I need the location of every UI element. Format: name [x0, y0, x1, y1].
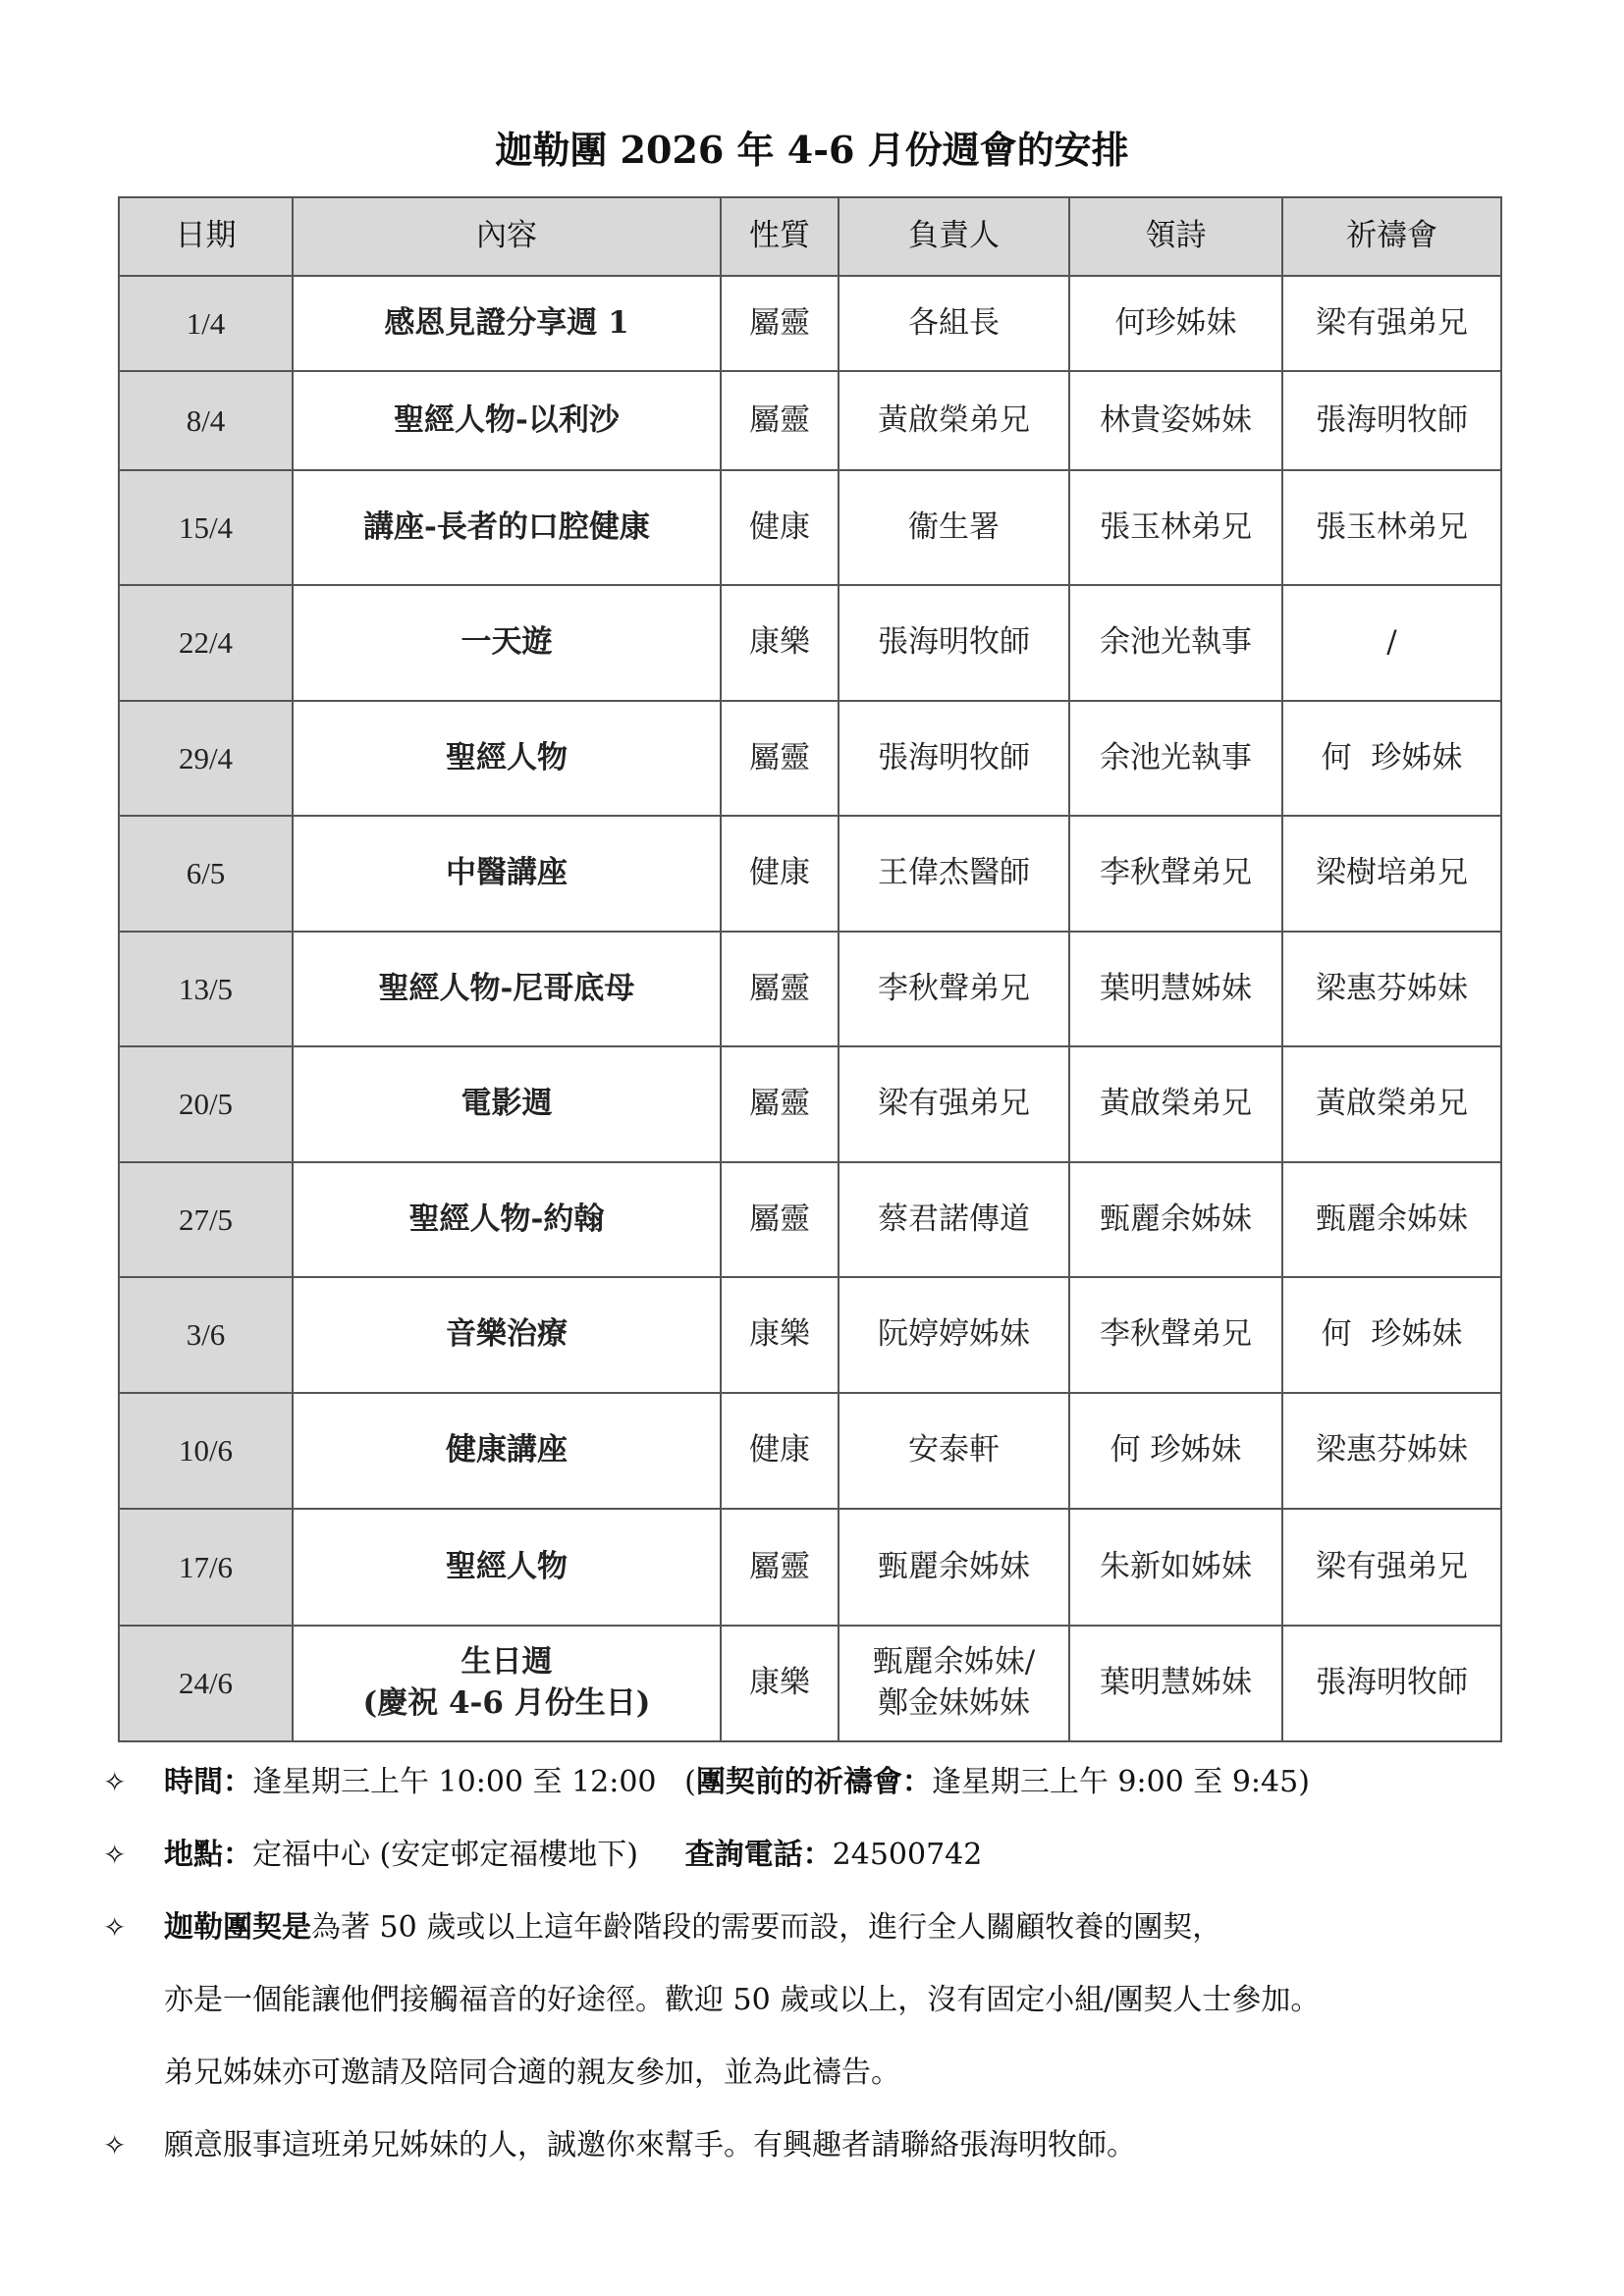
prayer-text: 梁有强弟兄	[1316, 1549, 1468, 1584]
prayer-cell: 張海明牧師	[1282, 1626, 1501, 1741]
content-text: 音樂治療	[446, 1316, 568, 1352]
leader-cell: 黃啟榮弟兄	[839, 371, 1069, 470]
content-text: 聖經人物	[446, 740, 568, 775]
header-date: 日期	[119, 197, 293, 276]
type-text: 屬靈	[749, 1086, 810, 1121]
date-text: 10/6	[179, 1433, 233, 1468]
content-text: 聖經人物-約翰	[409, 1201, 605, 1237]
worship-cell: 林貴姿姊妹	[1069, 371, 1282, 470]
table-header-row: 日期 內容 性質 負責人 領詩 祈禱會	[119, 197, 1501, 276]
volunteer-text: 願意服事這班弟兄姊妹的人，誠邀你來幫手。有興趣者請聯絡張海明牧師。	[164, 2128, 1136, 2163]
worship-text: 林貴姿姊妹	[1100, 402, 1252, 438]
leader-cell: 甄麗余姊妹/鄭金妹姊妹	[839, 1626, 1069, 1741]
leader-cell: 李秋聲弟兄	[839, 932, 1069, 1046]
table-row: 22/4一天遊康樂張海明牧師余池光執事/	[119, 585, 1501, 701]
date-cell: 13/5	[119, 932, 293, 1046]
type-text: 康樂	[749, 1665, 810, 1700]
type-cell: 屬靈	[721, 932, 839, 1046]
content-text: 聖經人物-以利沙	[394, 402, 620, 438]
date-cell: 29/4	[119, 701, 293, 816]
content-cell: 音樂治療	[293, 1277, 721, 1393]
content-cell: 聖經人物-約翰	[293, 1162, 721, 1277]
sparkle-bullet-icon: ✧	[103, 1839, 164, 1871]
content-text: 中醫講座	[446, 855, 568, 890]
worship-text: 何 珍姊妹	[1110, 1432, 1242, 1468]
table-row: 29/4聖經人物屬靈張海明牧師余池光執事何 珍姊妹	[119, 701, 1501, 816]
worship-cell: 黃啟榮弟兄	[1069, 1046, 1282, 1162]
note-time: ✧時間：逢星期三上午 10:00 至 12:00 (團契前的祈禱會：逢星期三上午…	[103, 1757, 1310, 1800]
content-text: 講座-長者的口腔健康	[363, 509, 650, 545]
type-text: 康樂	[749, 624, 810, 660]
prayer-text: /	[1386, 624, 1396, 660]
leader-text: 各組長	[908, 305, 1000, 341]
date-cell: 24/6	[119, 1626, 293, 1741]
date-text: 20/5	[179, 1087, 233, 1121]
worship-text: 余池光執事	[1100, 624, 1252, 660]
date-text: 13/5	[179, 972, 233, 1006]
date-cell: 6/5	[119, 816, 293, 932]
content-text: 聖經人物-尼哥底母	[379, 971, 635, 1006]
content-cell: 中醫講座	[293, 816, 721, 932]
date-text: 17/6	[179, 1550, 233, 1584]
leader-text: 李秋聲弟兄	[878, 971, 1030, 1006]
content-cell: 感恩見證分享週 1	[293, 276, 721, 371]
prayer-text: 梁惠芬姊妹	[1316, 971, 1468, 1006]
type-cell: 屬靈	[721, 1046, 839, 1162]
leader-cell: 各組長	[839, 276, 1069, 371]
table-row: 17/6聖經人物屬靈甄麗余姊妹朱新如姊妹梁有强弟兄	[119, 1509, 1501, 1626]
leader-text: 張海明牧師	[878, 740, 1030, 775]
type-text: 屬靈	[749, 1549, 810, 1584]
note-about: ✧迦勒團契是為著 50 歲或以上這年齡階段的需要而設，進行全人關顧牧養的團契，	[103, 1902, 1221, 1946]
date-cell: 17/6	[119, 1509, 293, 1626]
table-row: 27/5聖經人物-約翰屬靈蔡君諾傳道甄麗余姊妹甄麗余姊妹	[119, 1162, 1501, 1277]
sparkle-bullet-icon: ✧	[103, 2129, 164, 2162]
worship-cell: 李秋聲弟兄	[1069, 1277, 1282, 1393]
table-row: 20/5電影週屬靈梁有强弟兄黃啟榮弟兄黃啟榮弟兄	[119, 1046, 1501, 1162]
type-text: 健康	[749, 855, 810, 890]
content-cell: 聖經人物-尼哥底母	[293, 932, 721, 1046]
leader-cell: 安泰軒	[839, 1393, 1069, 1509]
worship-text: 何珍姊妹	[1115, 305, 1237, 341]
type-text: 康樂	[749, 1316, 810, 1352]
prayer-text: 黃啟榮弟兄	[1316, 1086, 1468, 1121]
table-row: 13/5聖經人物-尼哥底母屬靈李秋聲弟兄葉明慧姊妹梁惠芬姊妹	[119, 932, 1501, 1046]
prayer-text: 何 珍姊妹	[1322, 740, 1463, 775]
prayer-text: 張海明牧師	[1316, 402, 1468, 438]
date-cell: 27/5	[119, 1162, 293, 1277]
prayer-text: 張玉林弟兄	[1316, 509, 1468, 545]
worship-text: 李秋聲弟兄	[1100, 855, 1252, 890]
content-text: 電影週	[461, 1086, 553, 1121]
worship-cell: 李秋聲弟兄	[1069, 816, 1282, 932]
type-text: 屬靈	[749, 1201, 810, 1237]
type-text: 健康	[749, 1432, 810, 1468]
type-text: 屬靈	[749, 305, 810, 341]
prayer-cell: /	[1282, 585, 1501, 701]
content-cell: 聖經人物	[293, 701, 721, 816]
type-cell: 康樂	[721, 1277, 839, 1393]
about-line2: 亦是一個能讓他們接觸福音的好途徑。歡迎 50 歲或以上，沒有固定小組/團契人士參…	[103, 1975, 1320, 2018]
leader-cell: 張海明牧師	[839, 585, 1069, 701]
leader-cell: 王偉杰醫師	[839, 816, 1069, 932]
header-prayer: 祈禱會	[1282, 197, 1501, 276]
content-text: 聖經人物	[446, 1549, 568, 1584]
date-cell: 10/6	[119, 1393, 293, 1509]
header-type: 性質	[721, 197, 839, 276]
leader-cell: 甄麗余姊妹	[839, 1509, 1069, 1626]
type-cell: 屬靈	[721, 1509, 839, 1626]
date-text: 27/5	[179, 1202, 233, 1237]
leader-text: 梁有强弟兄	[878, 1086, 1030, 1121]
leader-text: 王偉杰醫師	[878, 855, 1030, 890]
prayer-text: 梁惠芬姊妹	[1316, 1432, 1468, 1468]
table-row: 24/6生日週(慶祝 4-6 月份生日)康樂甄麗余姊妹/鄭金妹姊妹葉明慧姊妹張海…	[119, 1626, 1501, 1741]
type-text: 屬靈	[749, 402, 810, 438]
content-cell: 生日週(慶祝 4-6 月份生日)	[293, 1626, 721, 1741]
date-text: 8/4	[187, 403, 226, 438]
type-cell: 屬靈	[721, 276, 839, 371]
prayer-text: 甄麗余姊妹	[1316, 1201, 1468, 1237]
type-cell: 健康	[721, 1393, 839, 1509]
date-text: 3/6	[187, 1317, 226, 1352]
date-cell: 20/5	[119, 1046, 293, 1162]
worship-text: 黃啟榮弟兄	[1100, 1086, 1252, 1121]
place-label: 地點：	[164, 1838, 252, 1872]
table-row: 8/4聖經人物-以利沙屬靈黃啟榮弟兄林貴姿姊妹張海明牧師	[119, 371, 1501, 470]
prayer-cell: 梁惠芬姊妹	[1282, 1393, 1501, 1509]
phone-value: 24500742	[833, 1838, 983, 1872]
note-place: ✧地點：定福中心 (安定邨定福樓地下) 查詢電話：24500742	[103, 1830, 982, 1873]
worship-text: 余池光執事	[1100, 740, 1252, 775]
date-text: 24/6	[179, 1666, 233, 1700]
date-cell: 8/4	[119, 371, 293, 470]
worship-text: 葉明慧姊妹	[1100, 1665, 1252, 1700]
content-cell: 健康講座	[293, 1393, 721, 1509]
time-label: 時間：	[164, 1765, 252, 1799]
prayer-cell: 黃啟榮弟兄	[1282, 1046, 1501, 1162]
type-cell: 屬靈	[721, 1162, 839, 1277]
date-cell: 15/4	[119, 470, 293, 585]
worship-cell: 余池光執事	[1069, 701, 1282, 816]
prayer-text: 張海明牧師	[1316, 1665, 1468, 1700]
type-cell: 健康	[721, 470, 839, 585]
date-text: 22/4	[179, 625, 233, 660]
date-cell: 3/6	[119, 1277, 293, 1393]
date-text: 1/4	[187, 306, 226, 341]
worship-cell: 甄麗余姊妹	[1069, 1162, 1282, 1277]
leader-text-2: 鄭金妹姊妹	[878, 1685, 1030, 1721]
prayer-value: 逢星期三上午 9:00 至 9:45)	[932, 1765, 1310, 1799]
content-subtext: (慶祝 4-6 月份生日)	[363, 1685, 651, 1721]
prayer-cell: 梁惠芬姊妹	[1282, 932, 1501, 1046]
type-cell: 健康	[721, 816, 839, 932]
page-title: 迦勒團 2026 年 4-6 月份週會的安排	[0, 120, 1624, 174]
date-cell: 1/4	[119, 276, 293, 371]
prayer-text: 梁樹培弟兄	[1316, 855, 1468, 890]
type-cell: 康樂	[721, 585, 839, 701]
table-row: 3/6音樂治療康樂阮婷婷姊妹李秋聲弟兄何 珍姊妹	[119, 1277, 1501, 1393]
prayer-cell: 張玉林弟兄	[1282, 470, 1501, 585]
prayer-label: 團契前的祈禱會：	[696, 1765, 932, 1799]
leader-text: 黃啟榮弟兄	[878, 402, 1030, 438]
worship-cell: 葉明慧姊妹	[1069, 1626, 1282, 1741]
phone-label: 查詢電話：	[685, 1838, 833, 1872]
prayer-text: 梁有强弟兄	[1316, 305, 1468, 341]
about-line1: 為著 50 歲或以上這年齡階段的需要而設，進行全人關顧牧養的團契，	[311, 1910, 1221, 1945]
leader-text: 蔡君諾傳道	[878, 1201, 1030, 1237]
worship-text: 李秋聲弟兄	[1100, 1316, 1252, 1352]
leader-cell: 衞生署	[839, 470, 1069, 585]
type-cell: 屬靈	[721, 371, 839, 470]
content-text: 健康講座	[446, 1432, 568, 1468]
worship-cell: 葉明慧姊妹	[1069, 932, 1282, 1046]
content-text: 生日週	[461, 1644, 553, 1680]
type-text: 屬靈	[749, 971, 810, 1006]
worship-cell: 何 珍姊妹	[1069, 1393, 1282, 1509]
time-value: 逢星期三上午 10:00 至 12:00	[252, 1765, 657, 1799]
content-text: 一天遊	[461, 624, 553, 660]
leader-cell: 蔡君諾傳道	[839, 1162, 1069, 1277]
worship-cell: 余池光執事	[1069, 585, 1282, 701]
table-row: 15/4講座-長者的口腔健康健康衞生署張玉林弟兄張玉林弟兄	[119, 470, 1501, 585]
leader-text: 張海明牧師	[878, 624, 1030, 660]
header-content: 內容	[293, 197, 721, 276]
worship-cell: 何珍姊妹	[1069, 276, 1282, 371]
prayer-cell: 何 珍姊妹	[1282, 701, 1501, 816]
table-row: 6/5中醫講座健康王偉杰醫師李秋聲弟兄梁樹培弟兄	[119, 816, 1501, 932]
about-label: 迦勒團契是	[164, 1910, 311, 1945]
content-cell: 聖經人物	[293, 1509, 721, 1626]
leader-text: 阮婷婷姊妹	[878, 1316, 1030, 1352]
type-cell: 康樂	[721, 1626, 839, 1741]
about-line3: 弟兄姊妹亦可邀請及陪同合適的親友參加，並為此禱告。	[103, 2048, 900, 2091]
content-cell: 聖經人物-以利沙	[293, 371, 721, 470]
date-text: 29/4	[179, 741, 233, 775]
date-text: 15/4	[179, 510, 233, 545]
worship-text: 甄麗余姊妹	[1100, 1201, 1252, 1237]
leader-text: 衞生署	[908, 509, 1000, 545]
header-leader: 負責人	[839, 197, 1069, 276]
table-row: 10/6健康講座健康安泰軒何 珍姊妹梁惠芬姊妹	[119, 1393, 1501, 1509]
note-volunteer: ✧願意服事這班弟兄姊妹的人，誠邀你來幫手。有興趣者請聯絡張海明牧師。	[103, 2120, 1136, 2163]
worship-text: 葉明慧姊妹	[1100, 971, 1252, 1006]
table-row: 1/4感恩見證分享週 1屬靈各組長何珍姊妹梁有强弟兄	[119, 276, 1501, 371]
type-text: 屬靈	[749, 740, 810, 775]
leader-text: 安泰軒	[908, 1432, 1000, 1468]
leader-text: 甄麗余姊妹/	[873, 1644, 1035, 1680]
content-text: 感恩見證分享週 1	[384, 305, 628, 341]
content-cell: 講座-長者的口腔健康	[293, 470, 721, 585]
prayer-open: (	[684, 1765, 696, 1799]
prayer-cell: 梁樹培弟兄	[1282, 816, 1501, 932]
leader-cell: 梁有强弟兄	[839, 1046, 1069, 1162]
prayer-cell: 梁有强弟兄	[1282, 1509, 1501, 1626]
prayer-cell: 梁有强弟兄	[1282, 276, 1501, 371]
prayer-cell: 何 珍姊妹	[1282, 1277, 1501, 1393]
worship-cell: 張玉林弟兄	[1069, 470, 1282, 585]
prayer-cell: 張海明牧師	[1282, 371, 1501, 470]
worship-text: 朱新如姊妹	[1100, 1549, 1252, 1584]
type-cell: 屬靈	[721, 701, 839, 816]
content-cell: 一天遊	[293, 585, 721, 701]
sparkle-bullet-icon: ✧	[103, 1766, 164, 1798]
schedule-table: 日期 內容 性質 負責人 領詩 祈禱會 1/4感恩見證分享週 1屬靈各組長何珍姊…	[118, 196, 1502, 1742]
date-text: 6/5	[187, 856, 226, 890]
prayer-text: 何 珍姊妹	[1322, 1316, 1463, 1352]
leader-cell: 張海明牧師	[839, 701, 1069, 816]
content-cell: 電影週	[293, 1046, 721, 1162]
prayer-cell: 甄麗余姊妹	[1282, 1162, 1501, 1277]
sparkle-bullet-icon: ✧	[103, 1911, 164, 1944]
type-text: 健康	[749, 509, 810, 545]
leader-text: 甄麗余姊妹	[878, 1549, 1030, 1584]
leader-cell: 阮婷婷姊妹	[839, 1277, 1069, 1393]
worship-cell: 朱新如姊妹	[1069, 1509, 1282, 1626]
place-value: 定福中心 (安定邨定福樓地下)	[252, 1838, 638, 1872]
worship-text: 張玉林弟兄	[1100, 509, 1252, 545]
date-cell: 22/4	[119, 585, 293, 701]
header-worship: 領詩	[1069, 197, 1282, 276]
